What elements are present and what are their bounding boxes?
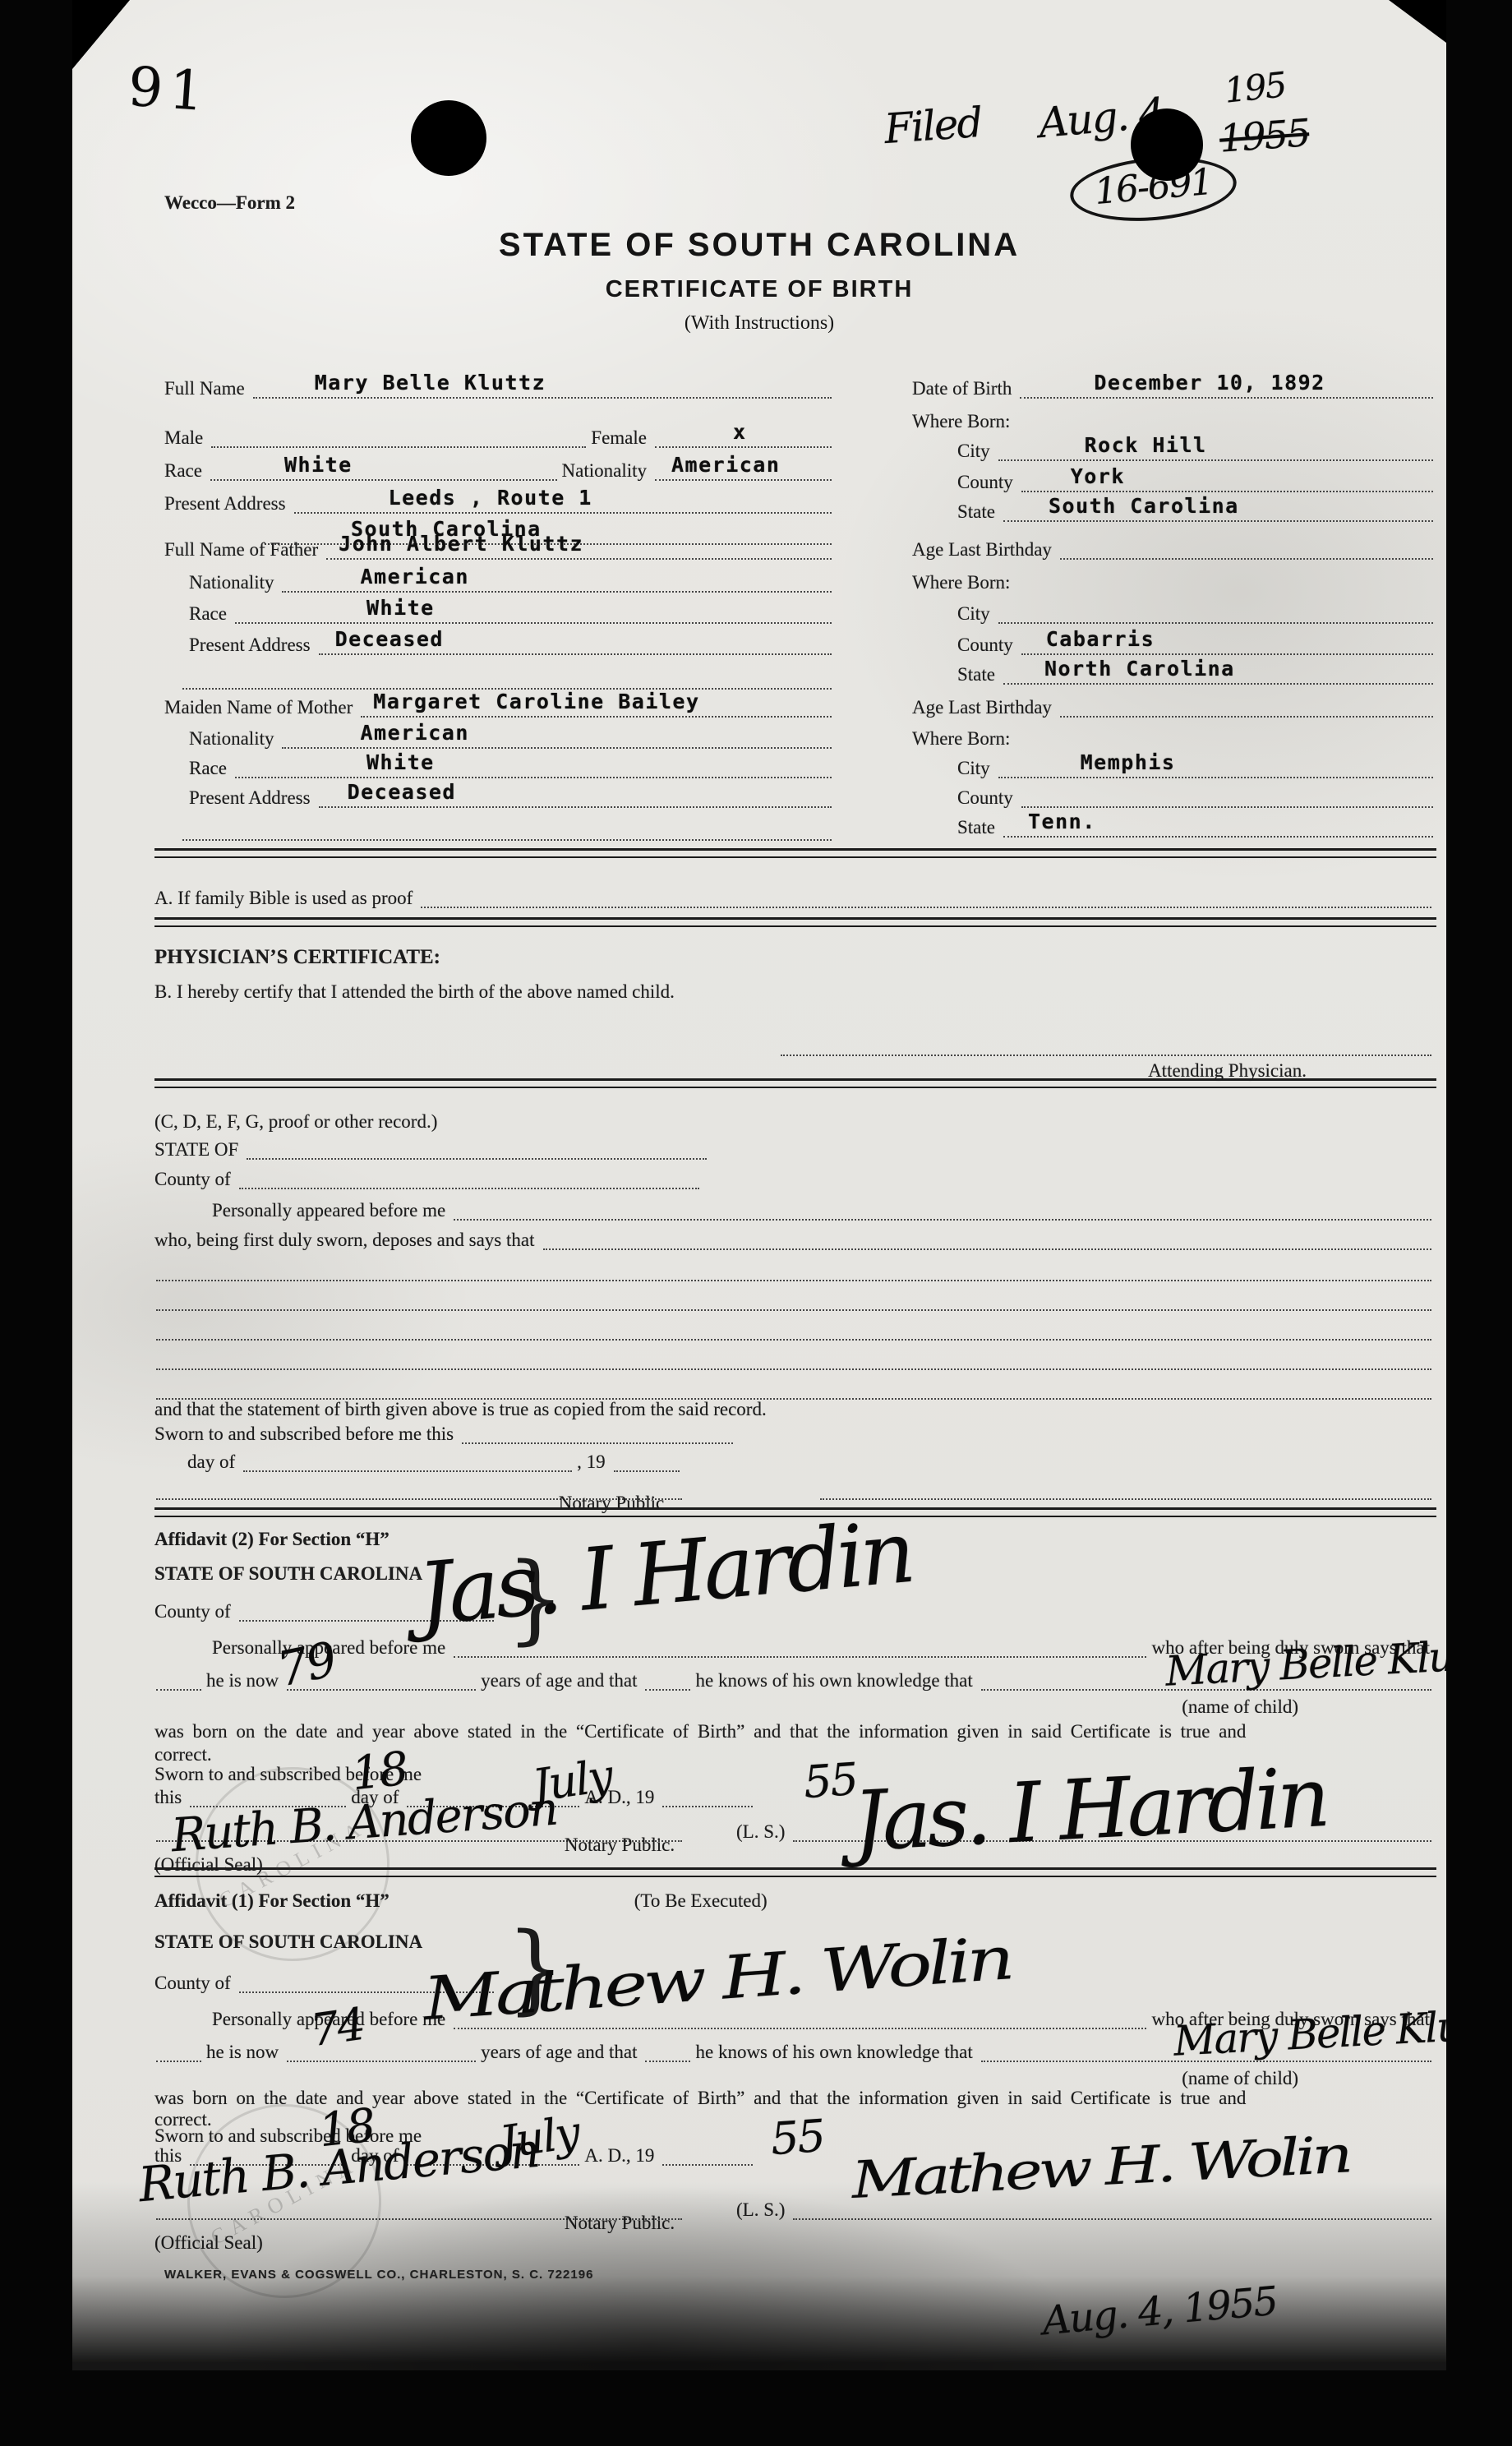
hole-punch-icon xyxy=(411,100,486,176)
mother-blank-row xyxy=(164,814,837,842)
address-line: Leeds , Route 1 xyxy=(294,487,832,514)
father-nationality-row: Nationality American xyxy=(164,565,837,593)
father-state-line: North Carolina xyxy=(1003,658,1433,685)
mother-nationality-line: American xyxy=(282,722,832,749)
child-city-row: City Rock Hill xyxy=(912,434,1438,462)
divider-rule xyxy=(154,917,1436,927)
record-state-label: STATE OF xyxy=(154,1139,245,1161)
affidavit1-years-label: years of age and that xyxy=(481,2042,643,2063)
divider-rule xyxy=(154,1078,1436,1088)
father-state-label: State xyxy=(957,664,1002,685)
child-state-value: South Carolina xyxy=(1049,495,1239,519)
doc-subtitle: (With Instructions) xyxy=(72,312,1446,335)
father-name-label: Full Name of Father xyxy=(164,539,325,561)
filed-word-annotation: Filed xyxy=(883,102,982,150)
record-closing-row: and that the statement of birth given ab… xyxy=(154,1392,1436,1420)
mother-age-row: Age Last Birthday xyxy=(912,690,1438,718)
full-name-value: Mary Belle Kluttz xyxy=(315,372,546,395)
father-state-row: State North Carolina xyxy=(912,658,1438,685)
physician-certify-row: B. I hereby certify that I attended the … xyxy=(154,975,1436,1003)
affidavit2-year-handwriting: 55 xyxy=(802,1757,858,1805)
scanned-page: 91 Filed Aug. 4, 195 1955 16-691 Wecco—F… xyxy=(0,0,1512,2446)
divider-rule xyxy=(154,848,1436,858)
affidavit1-county-label: County of xyxy=(154,1973,237,1994)
race-line: White xyxy=(210,455,557,481)
father-county-row: County Cabarris xyxy=(912,628,1438,656)
record-intro: (C, D, E, F, G, proof or other record.) xyxy=(154,1111,444,1133)
mother-state-label: State xyxy=(957,817,1002,838)
full-name-line: Mary Belle Kluttz xyxy=(253,372,832,399)
mother-name-label: Maiden Name of Mother xyxy=(164,697,359,718)
full-name-label: Full Name xyxy=(164,378,251,399)
blank-line xyxy=(182,815,832,841)
blank-line xyxy=(156,1255,1431,1281)
blank-row xyxy=(154,1343,1436,1371)
record-right-line xyxy=(820,1474,1431,1500)
female-line: x xyxy=(655,422,832,448)
child-city-label: City xyxy=(957,441,997,462)
father-county-line: Cabarris xyxy=(1021,629,1433,655)
affidavit2-name-of-child-row: (name of child) xyxy=(154,1690,1436,1718)
mother-state-line: Tenn. xyxy=(1003,811,1433,838)
father-city-line xyxy=(998,598,1433,624)
record-intro-row: (C, D, E, F, G, proof or other record.) xyxy=(154,1105,1436,1133)
affidavit2-age-handwriting: 79 xyxy=(274,1635,339,1693)
attending-line-row xyxy=(154,1029,1436,1057)
physician-heading-row: PHYSICIAN’S CERTIFICATE: xyxy=(154,942,1436,970)
father-address-label: Present Address xyxy=(189,635,317,656)
mother-name-line: Margaret Caroline Bailey xyxy=(361,691,832,718)
record-sworn-row: Sworn to and subscribed before me this xyxy=(154,1417,1436,1445)
record-sworn-label: Sworn to and subscribed before me this xyxy=(154,1424,460,1445)
affidavit2-state-title: STATE OF SOUTH CAROLINA xyxy=(154,1563,429,1585)
mother-race-value: White xyxy=(366,751,435,775)
mother-where-born-row: Where Born: xyxy=(912,722,1438,750)
child-city-line: Rock Hill xyxy=(998,435,1433,461)
record-deposes-label: who, being first duly sworn, deposes and… xyxy=(154,1230,542,1251)
filed-year-annotation: 195 xyxy=(1223,67,1287,108)
nationality-value: American xyxy=(671,454,780,478)
nationality-label: Nationality xyxy=(562,460,653,482)
mother-name-row: Maiden Name of Mother Margaret Caroline … xyxy=(164,690,837,718)
father-race-line: White xyxy=(235,598,832,624)
father-race-value: White xyxy=(366,597,435,621)
child-where-born-label: Where Born: xyxy=(912,411,1016,432)
mother-city-value: Memphis xyxy=(1081,751,1176,775)
record-appeared-line xyxy=(454,1194,1431,1221)
doc-title: CERTIFICATE OF BIRTH xyxy=(72,276,1446,303)
form-id-row: Wecco—Form 2 xyxy=(164,186,493,214)
father-where-born-row: Where Born: xyxy=(912,565,1438,593)
record-day-of-label: day of xyxy=(187,1451,242,1473)
father-city-row: City xyxy=(912,597,1438,625)
nationality-line: American xyxy=(655,455,832,481)
record-county-row: County of xyxy=(154,1162,1436,1190)
dob-row: Date of Birth December 10, 1892 xyxy=(912,372,1438,399)
father-nationality-line: American xyxy=(282,566,832,593)
race-label: Race xyxy=(164,460,209,482)
form-id: Wecco—Form 2 xyxy=(164,192,302,214)
mother-city-line: Memphis xyxy=(998,752,1433,778)
short-line xyxy=(645,2036,690,2062)
family-bible-label: A. If family Bible is used as proof xyxy=(154,888,419,909)
affidavit1-age-handwriting: 74 xyxy=(308,2002,367,2053)
father-address-row: Present Address Deceased xyxy=(164,628,837,656)
mother-county-row: County xyxy=(912,781,1438,809)
paper: 91 Filed Aug. 4, 195 1955 16-691 Wecco—F… xyxy=(72,0,1446,2370)
record-appeared-label: Personally appeared before me xyxy=(212,1200,452,1221)
address-value-1: Leeds , Route 1 xyxy=(389,487,592,510)
child-county-row: County York xyxy=(912,465,1438,493)
affidavit1-to-be-executed: (To Be Executed) xyxy=(634,1890,774,1912)
child-city-value: Rock Hill xyxy=(1085,434,1207,458)
record-state-line xyxy=(247,1133,707,1160)
address-row: Present Address Leeds , Route 1 xyxy=(164,487,837,515)
father-address-line: Deceased xyxy=(319,629,832,655)
mother-age-label: Age Last Birthday xyxy=(912,697,1058,718)
father-name-line: John Albert Kluttz xyxy=(326,533,832,560)
child-where-born-row: Where Born: xyxy=(912,404,1438,432)
mother-where-born-label: Where Born: xyxy=(912,728,1016,750)
attending-physician-line xyxy=(781,1030,1431,1056)
record-signature-row xyxy=(154,1473,1436,1501)
mother-address-line: Deceased xyxy=(319,782,832,808)
filed-year-struck-annotation: 1955 xyxy=(1219,113,1311,157)
affidavit2-year-line xyxy=(662,1781,753,1807)
blank-row xyxy=(154,1254,1436,1282)
mother-age-line xyxy=(1060,691,1433,718)
affidavit1-ad-label: A. D., 19 xyxy=(584,2145,661,2167)
mother-address-value: Deceased xyxy=(348,781,456,805)
male-label: Male xyxy=(164,427,210,449)
affidavit2-years-label: years of age and that xyxy=(481,1670,643,1691)
father-state-value: North Carolina xyxy=(1044,658,1235,681)
lead-line xyxy=(156,2036,201,2062)
child-county-label: County xyxy=(957,472,1020,493)
father-age-row: Age Last Birthday xyxy=(912,533,1438,561)
record-county-line xyxy=(239,1163,699,1189)
affidavit1-year-handwriting: 55 xyxy=(769,2114,825,2162)
father-county-label: County xyxy=(957,635,1020,656)
family-bible-line xyxy=(421,882,1431,908)
affidavit2-bottom-signature: Jas. I Hardin xyxy=(851,1756,1328,1863)
record-year-label: , 19 xyxy=(577,1451,612,1473)
mother-address-row: Present Address Deceased xyxy=(164,781,837,809)
record-sworn-line xyxy=(462,1418,733,1444)
mother-nationality-label: Nationality xyxy=(189,728,280,750)
physician-heading: PHYSICIAN’S CERTIFICATE: xyxy=(154,946,447,970)
affidavit2-knows-label: he knows of his own knowledge that xyxy=(695,1670,979,1691)
father-blank-row xyxy=(164,662,837,690)
short-line xyxy=(645,1664,690,1691)
affidavit1-knows-label: he knows of his own knowledge that xyxy=(695,2042,979,2063)
record-deposes-row: who, being first duly sworn, deposes and… xyxy=(154,1223,1436,1251)
race-row: Race White Nationality American xyxy=(164,454,837,482)
address-label: Present Address xyxy=(164,493,293,515)
father-where-born-label: Where Born: xyxy=(912,572,1016,593)
father-name-value: John Albert Kluttz xyxy=(339,533,583,556)
mother-state-value: Tenn. xyxy=(1028,810,1096,834)
affidavit2-heading: Affidavit (2) For Section “H” xyxy=(154,1529,396,1550)
dob-line: December 10, 1892 xyxy=(1020,372,1433,399)
blank-line xyxy=(156,1344,1431,1370)
mother-state-row: State Tenn. xyxy=(912,810,1438,838)
page-title: STATE OF SOUTH CAROLINA xyxy=(72,227,1446,264)
father-age-line xyxy=(1060,533,1433,560)
female-mark: x xyxy=(733,421,747,445)
blank-line xyxy=(182,663,832,690)
father-nationality-label: Nationality xyxy=(189,572,280,593)
mother-nationality-value: American xyxy=(360,722,468,745)
child-county-line: York xyxy=(1021,466,1433,492)
father-address-value: Deceased xyxy=(335,628,444,652)
bottom-shadow xyxy=(72,2181,1446,2370)
blank-line xyxy=(156,1314,1431,1341)
affidavit2-this-label: this xyxy=(154,1787,188,1808)
mother-address-label: Present Address xyxy=(189,787,317,809)
record-state-row: STATE OF xyxy=(154,1133,1436,1161)
father-race-label: Race xyxy=(189,603,233,625)
mother-race-label: Race xyxy=(189,758,233,779)
record-day-row: day of , 19 xyxy=(154,1445,1436,1473)
record-appeared-row: Personally appeared before me xyxy=(154,1193,1436,1221)
attending-label-row: Attending Physician. xyxy=(154,1054,1436,1082)
blank-line xyxy=(156,1285,1431,1311)
father-nationality-value: American xyxy=(360,565,468,589)
child-county-value: York xyxy=(1071,465,1125,489)
female-label: Female xyxy=(591,427,653,449)
full-name-row: Full Name Mary Belle Kluttz xyxy=(164,372,837,399)
mother-race-line: White xyxy=(235,752,832,778)
mother-race-row: Race White xyxy=(164,751,837,779)
sex-row: Male Female x xyxy=(164,421,837,449)
mother-county-line xyxy=(1021,782,1433,808)
affidavit1-he-is-now-label: he is now xyxy=(206,2042,285,2063)
affidavit2-he-is-now-label: he is now xyxy=(206,1670,285,1691)
affidavit2-day-handwriting: 18 xyxy=(349,1747,409,1798)
hole-punch-icon xyxy=(1131,108,1203,181)
affidavit2-county-label: County of xyxy=(154,1601,237,1622)
male-line xyxy=(211,422,586,448)
record-deposes-line xyxy=(543,1224,1432,1250)
father-county-value: Cabarris xyxy=(1046,628,1155,652)
record-year-line xyxy=(614,1446,680,1472)
father-city-label: City xyxy=(957,603,997,625)
family-bible-row: A. If family Bible is used as proof xyxy=(154,881,1436,909)
father-race-row: Race White xyxy=(164,597,837,625)
mother-city-row: City Memphis xyxy=(912,751,1438,779)
mother-county-label: County xyxy=(957,787,1020,809)
child-state-line: South Carolina xyxy=(1003,496,1433,522)
mother-nationality-row: Nationality American xyxy=(164,722,837,750)
blank-row xyxy=(154,1313,1436,1341)
record-day-line xyxy=(243,1446,572,1472)
mother-name-value: Margaret Caroline Bailey xyxy=(373,690,699,714)
record-county-label: County of xyxy=(154,1169,237,1190)
child-state-label: State xyxy=(957,501,1002,523)
blank-row xyxy=(154,1284,1436,1312)
father-age-label: Age Last Birthday xyxy=(912,539,1058,561)
mother-city-label: City xyxy=(957,758,997,779)
lead-line xyxy=(156,1664,201,1691)
physician-certify-text: B. I hereby certify that I attended the … xyxy=(154,981,681,1003)
dob-value: December 10, 1892 xyxy=(1094,372,1325,395)
race-value: White xyxy=(284,454,353,478)
page-number-annotation: 91 xyxy=(127,60,212,120)
father-name-row: Full Name of Father John Albert Kluttz xyxy=(164,533,837,561)
child-state-row: State South Carolina xyxy=(912,495,1438,523)
affidavit1-year-line xyxy=(662,2139,753,2166)
dob-label: Date of Birth xyxy=(912,378,1018,399)
